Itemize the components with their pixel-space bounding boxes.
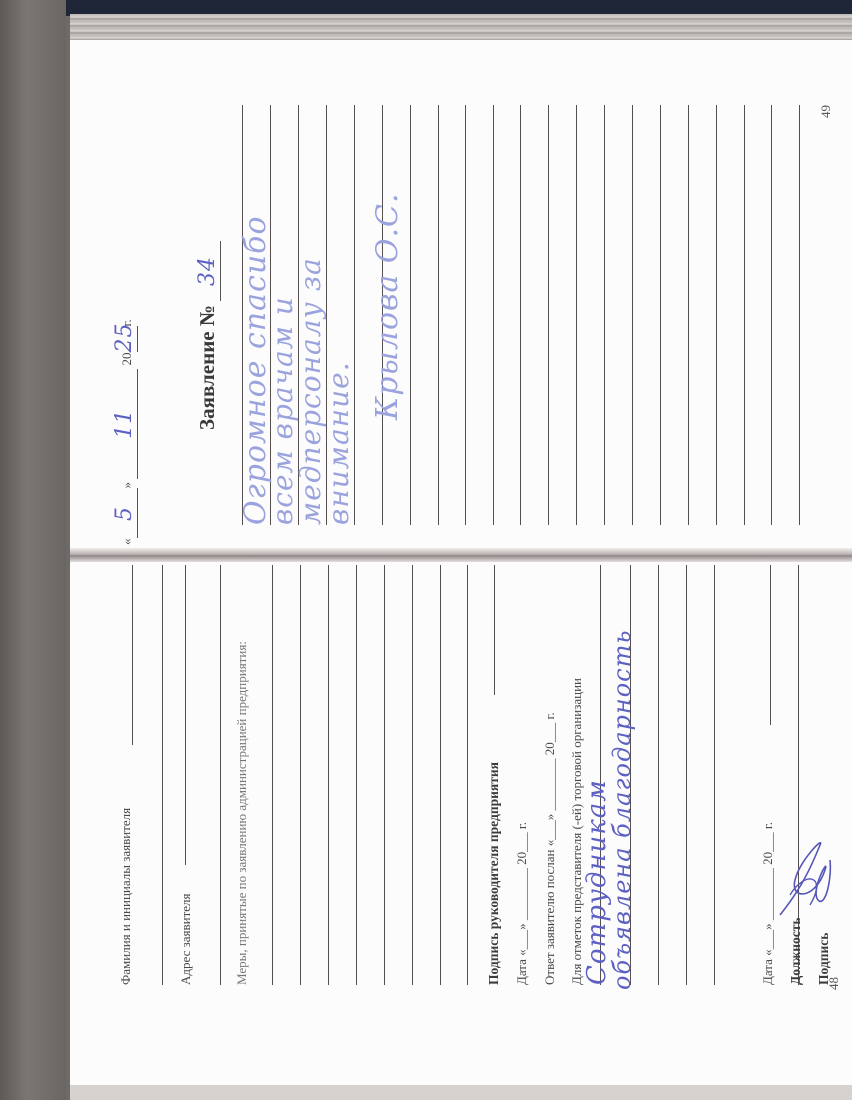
ruled-line (632, 105, 633, 525)
ruled-line (716, 105, 717, 525)
date-month: 11 (112, 369, 138, 479)
ruled-line (660, 105, 661, 525)
page-stack-edge (70, 14, 852, 40)
ruled-line (356, 565, 357, 985)
ruled-line (520, 105, 521, 525)
statement-number: 34 (195, 241, 221, 301)
ruled-line (185, 565, 186, 865)
date-line: «5» 11 2025г. (112, 319, 138, 545)
ruled-line (771, 105, 772, 525)
date-label: Дата «___» ________ 20___ г. (514, 822, 530, 985)
ruled-line (467, 565, 468, 985)
ruled-line (686, 565, 687, 985)
ruled-line (300, 565, 301, 985)
scanner-edge (0, 0, 66, 1100)
ruled-line (576, 105, 577, 525)
ruled-line (440, 565, 441, 985)
page-number-49: 49 (818, 105, 834, 118)
ruled-line (132, 565, 133, 745)
ruled-line (799, 105, 800, 525)
ruled-line (465, 105, 466, 525)
ruled-line (494, 565, 495, 695)
statement-title-row: Заявление № 34 (195, 241, 221, 430)
ruled-line (604, 105, 605, 525)
ruled-line (220, 565, 221, 985)
ruled-line (162, 565, 163, 985)
ruled-line (493, 105, 494, 525)
page-title: Заявление № (195, 305, 219, 430)
year-label: г. (119, 319, 134, 326)
ruled-line (770, 565, 771, 725)
ruled-line (744, 105, 745, 525)
handwritten-signature-scribble (770, 830, 840, 930)
ruled-line (688, 105, 689, 525)
ruled-line (658, 565, 659, 985)
applicant-address-label: Адрес заявителя (178, 893, 194, 985)
handwritten-note-2: объявлена благодарность (608, 630, 636, 990)
date-day: 5 (112, 489, 138, 539)
handwritten-line-4: внимание. (322, 361, 355, 525)
paper-bottom-edge (70, 1085, 852, 1100)
reply-sent-label: Ответ заявителю послан «___» ________ 20… (542, 712, 558, 985)
handwritten-signature: Крылова О.С. (370, 192, 405, 420)
manager-signature-label: Подпись руководителя предприятия (486, 762, 502, 985)
date-year: 25 (112, 327, 138, 353)
ruled-line (272, 565, 273, 985)
ruled-line (412, 565, 413, 985)
year-prefix: 20 (119, 353, 134, 366)
applicant-name-label: Фамилия и инициалы заявителя (118, 808, 134, 985)
ruled-line (438, 105, 439, 525)
ruled-line (714, 565, 715, 985)
notebook-fold (70, 548, 852, 562)
ruled-line (328, 565, 329, 985)
ruled-line (548, 105, 549, 525)
page-number-48: 48 (826, 977, 842, 990)
ruled-line (384, 565, 385, 985)
measures-label: Меры, принятые по заявлению администраци… (234, 641, 250, 985)
ruled-line (410, 105, 411, 525)
